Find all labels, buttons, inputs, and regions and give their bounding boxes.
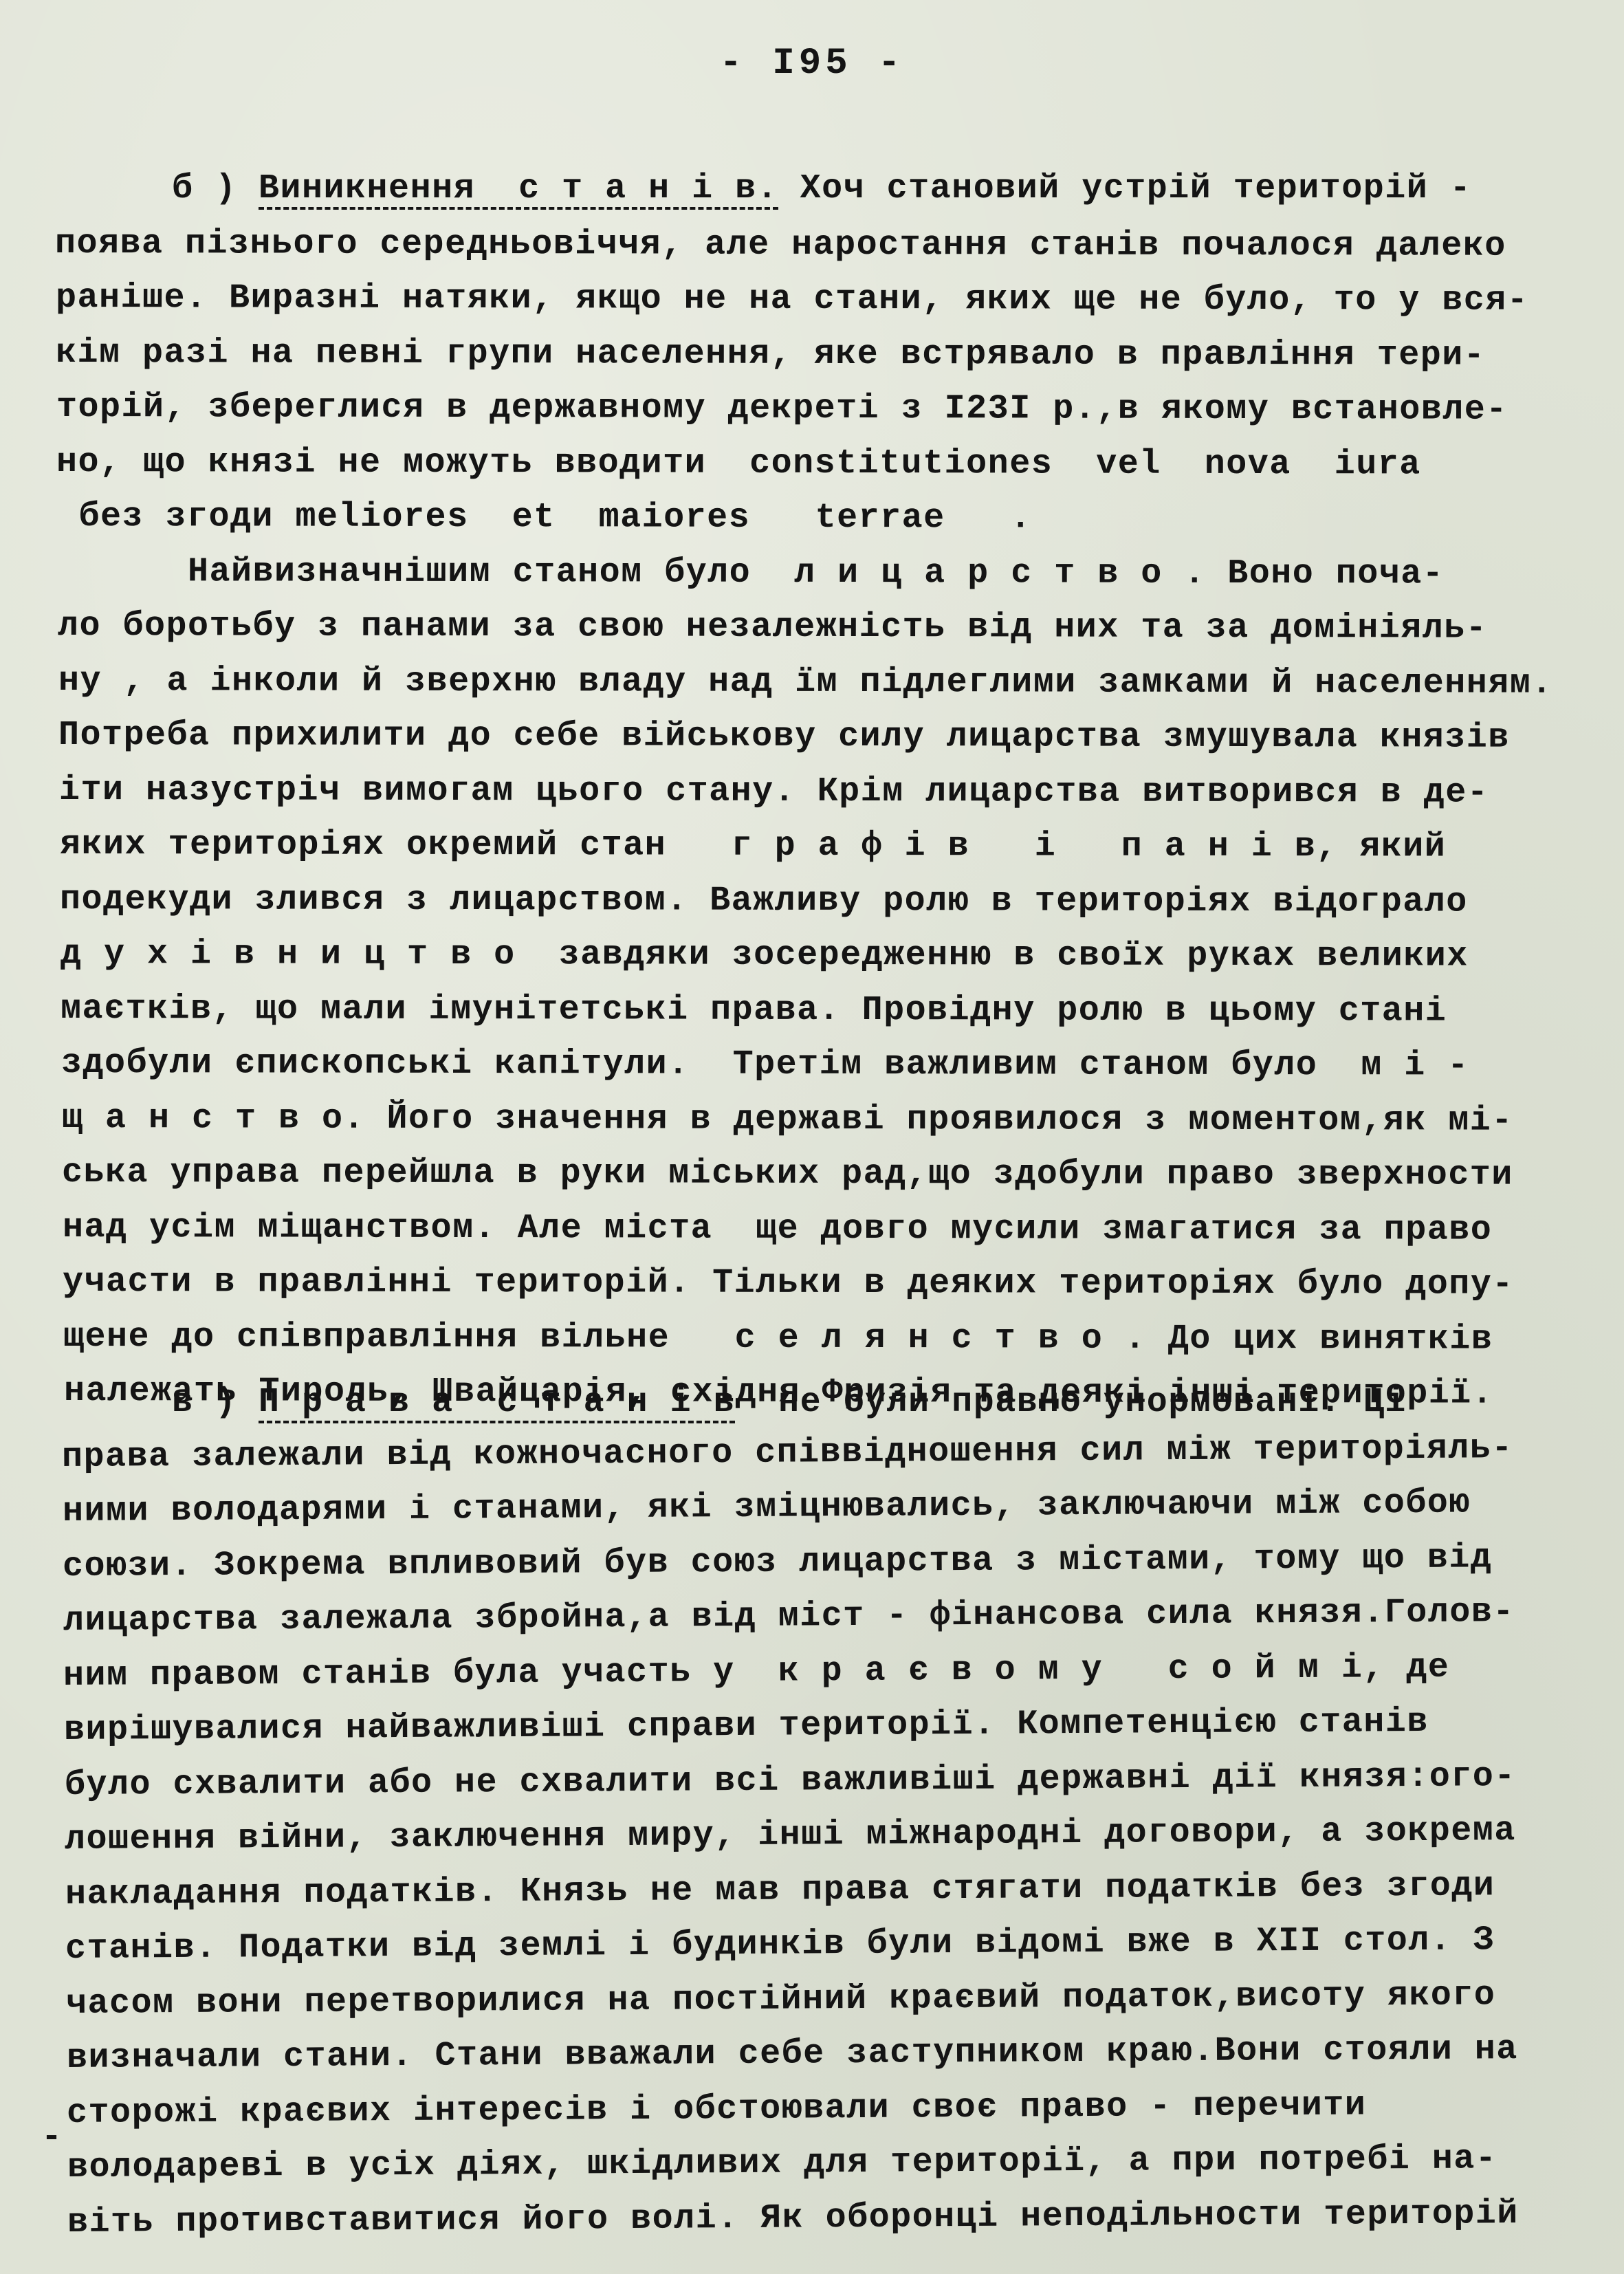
text-line: накладання податків. Князь не мав права … xyxy=(65,1866,1495,1916)
text-line: визначали стани. Стани вважали себе заст… xyxy=(66,2029,1517,2079)
text-line: іти назустріч вимогам цього стану. Крім … xyxy=(59,770,1489,814)
text-line: д у х і в н и ц т в о завдяки зосереджен… xyxy=(61,934,1469,978)
text-line: лицарства залежала збройна,а від міст - … xyxy=(63,1592,1515,1642)
text-line: Найвизначнішим станом було л и ц а р с т… xyxy=(58,551,1444,595)
text-line: не були правно унормовані. Ці xyxy=(735,1383,1407,1422)
text-line: над усім міщанством. Але міста ще довго … xyxy=(63,1207,1492,1251)
text-line: права залежали від кожночасного співвідн… xyxy=(62,1428,1513,1478)
text-line: ну , а інколи й зверхню владу над їм під… xyxy=(58,661,1553,705)
section-label: в ) xyxy=(172,1383,259,1422)
text-line: яких територіях окремий стан г р а ф і в… xyxy=(60,824,1446,868)
text-line: щене до співправління вільне с е л я н с… xyxy=(63,1317,1493,1361)
text-line: ними володарями і станами, які зміцнювал… xyxy=(62,1483,1470,1533)
text-line: лошення війни, заключення миру, інші між… xyxy=(65,1811,1516,1861)
text-line: щ а н с т в о. Його значення в державі п… xyxy=(62,1098,1513,1142)
text-line: участи в правлінні територій. Тільки в д… xyxy=(63,1262,1514,1306)
text-line: здобули єпископські капітули. Третім важ… xyxy=(61,1043,1469,1087)
text-line: вирішувалися найважливіші справи територ… xyxy=(64,1702,1429,1751)
text-line: володареві в усіх діях, шкідливих для те… xyxy=(67,2139,1497,2189)
margin-mark: - xyxy=(41,2118,62,2157)
text-line: Потреба прихилити до себе військову силу… xyxy=(58,715,1510,759)
text-line: ним правом станів була участь у к р а є … xyxy=(63,1647,1450,1696)
page-number: - I95 - xyxy=(0,43,1624,85)
text-line: кім разі на певні групи населення, яке в… xyxy=(56,333,1485,377)
text-line: ська управа перейшла в руки міських рад,… xyxy=(62,1152,1513,1196)
section-title: Виникнення с т а н і в. xyxy=(259,169,778,208)
text-line: ло боротьбу з панами за свою незалежніст… xyxy=(58,606,1487,650)
section-label: б ) xyxy=(172,169,259,208)
text-line: було схвалити або не схвалити всі важлив… xyxy=(64,1756,1515,1806)
section-title: П р а в а с т а н і в xyxy=(259,1383,735,1422)
text-line: подекуди злився з лицарством. Важливу ро… xyxy=(60,879,1468,923)
section-heading: б ) Виникнення с т а н і в. Хоч становий… xyxy=(172,168,1471,210)
text-line: сторожі краєвих інтересів і обстоювали с… xyxy=(67,2085,1367,2134)
text-line: Хоч становий устрій територій - xyxy=(778,169,1471,208)
text-line: віть противставитися його волі. Як оборо… xyxy=(67,2194,1519,2244)
text-line: станів. Податки від землі і будинків бул… xyxy=(65,1920,1495,1970)
text-line: без згоди meliores et maiores terrae . xyxy=(57,496,1032,539)
text-line: поява пізнього середньовіччя, але нарост… xyxy=(55,223,1506,267)
text-line: торій, збереглися в державному декреті з… xyxy=(56,387,1508,431)
text-line: раніше. Виразні натяки, якщо не на стани… xyxy=(56,278,1528,322)
text-line: союзи. Зокрема впливовий був союз лицарс… xyxy=(63,1538,1493,1588)
section-heading: в ) П р а в а с т а н і в не були правно… xyxy=(172,1382,1407,1423)
text-line: часом вони перетворилися на постійний кр… xyxy=(66,1975,1496,2025)
text-line: маєтків, що мали імунітетські права. Про… xyxy=(61,989,1447,1033)
text-line: но, що князі не можуть вводити constitut… xyxy=(56,442,1421,485)
